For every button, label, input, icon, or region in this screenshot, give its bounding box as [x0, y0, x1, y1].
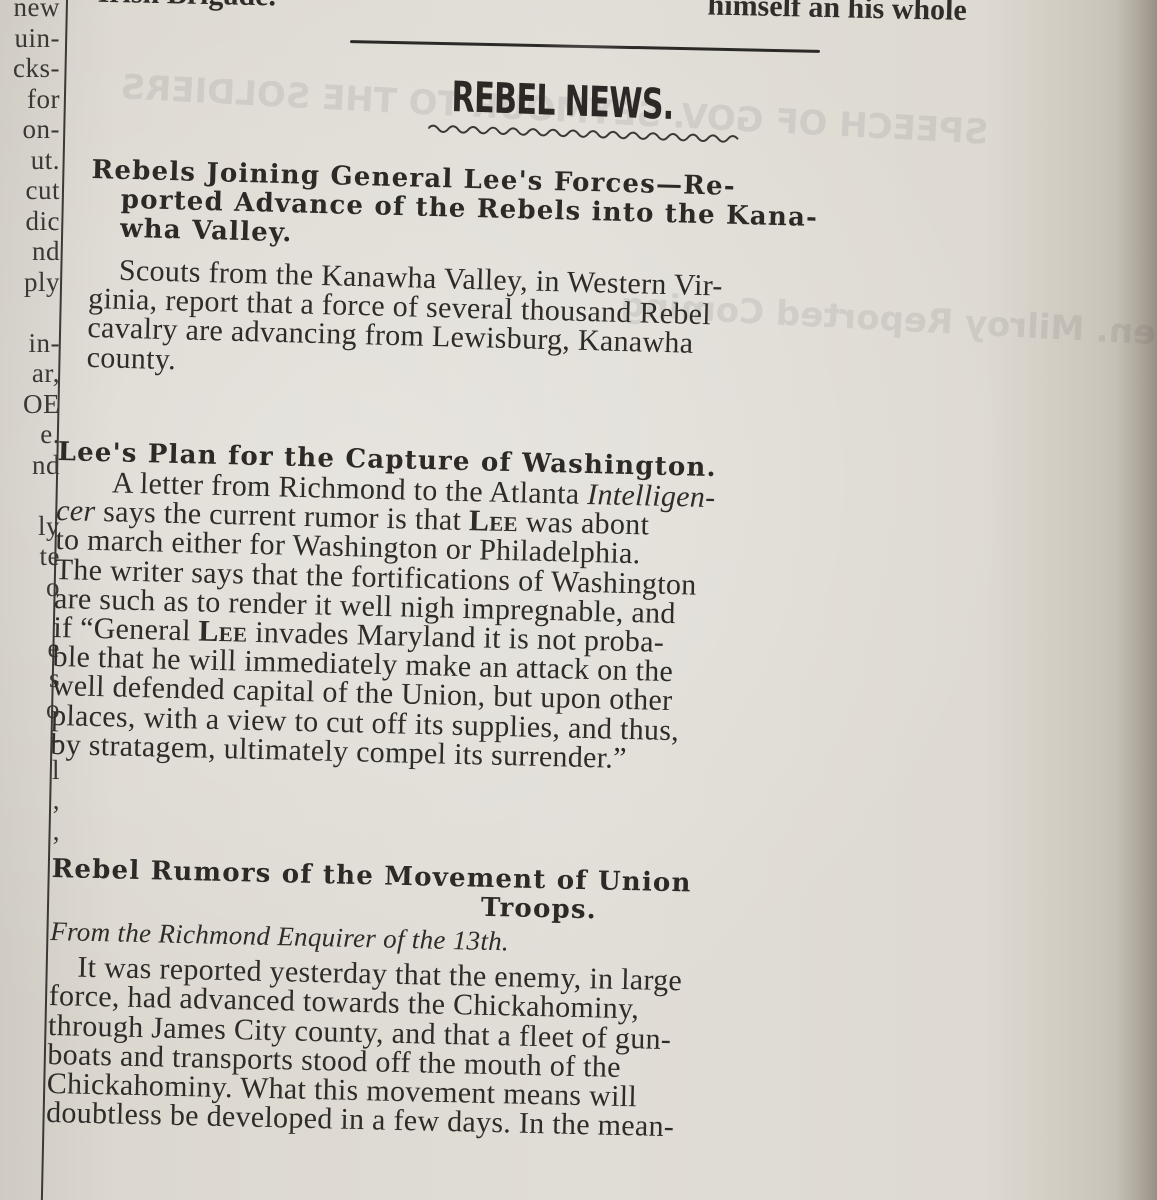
left-column-fragment: ar,: [0, 358, 60, 389]
section-divider-rule: [350, 40, 820, 53]
left-column-fragment: for: [0, 84, 60, 115]
section-title: REBEL NEWS.: [451, 72, 674, 129]
left-column-fragment: e: [0, 633, 60, 664]
left-column-fragment: ly: [0, 511, 60, 542]
left-column-fragment: new: [0, 0, 60, 23]
article-rebels-joining: Rebels Joining General Lee's Forces—Re- …: [86, 156, 1121, 399]
left-column-fragment: ut.: [0, 145, 60, 176]
left-column-fragment: te: [0, 541, 60, 572]
left-column-fragment: cut: [0, 175, 60, 206]
left-column-fragment: nd: [0, 236, 60, 267]
newspaper-page: SPEECH OF GOV. SEYMOUR TO THE SOLDIERS G…: [0, 0, 1157, 1200]
left-column-fragment: in-: [0, 328, 60, 359]
left-column-fragment: [0, 602, 60, 633]
left-column-fragment: ply: [0, 267, 60, 298]
previous-article-left-text: Irish Brigade.: [97, 0, 276, 13]
left-column-fragment: uin-: [0, 23, 60, 54]
article-lees-plan: Lee's Plan for the Capture of Washington…: [50, 438, 1088, 784]
left-column-fragment: e.: [0, 419, 60, 450]
left-column-fragment: ,: [0, 816, 60, 847]
left-column-fragment: dic: [0, 206, 60, 237]
left-column-fragment: cks-: [0, 53, 60, 84]
left-column-fragment: [0, 297, 60, 328]
left-column-fragment: on-: [0, 114, 60, 145]
article-rebel-rumors: Rebel Rumors of the Movement of Union Tr…: [46, 855, 1082, 1151]
left-column-fragment: [0, 480, 60, 511]
left-column-fragment: o: [0, 572, 60, 603]
left-column-fragment: OE: [0, 389, 60, 420]
previous-article-right-text: himself an his whole: [707, 0, 967, 28]
left-column-fragment: nd: [0, 450, 60, 481]
page-edge-shadow: [1117, 0, 1157, 1200]
